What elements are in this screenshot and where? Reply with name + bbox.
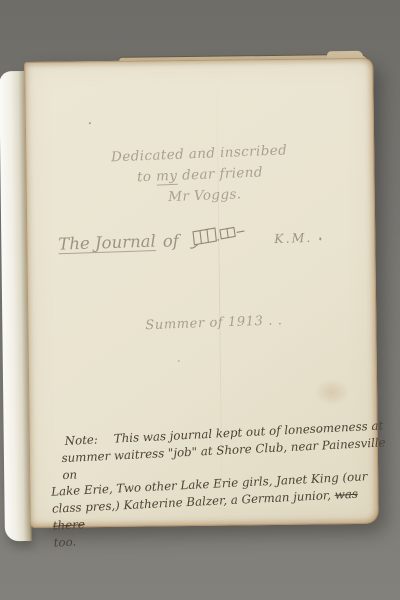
dedication-block: Dedicated and inscribed to my dear frien… xyxy=(24,137,375,214)
note-block: Note:This was journal kept out of loneso… xyxy=(48,417,393,551)
photograph-of-journal: Dedicated and inscribed to my dear frien… xyxy=(0,0,400,600)
dedication-line-2-post: dear friend xyxy=(182,164,263,183)
date-line: Summer of 1913 . . xyxy=(145,313,283,333)
foxing-spot xyxy=(178,360,180,362)
note-label: Note: xyxy=(64,432,98,448)
journal-title-line: The Journalof K.M. xyxy=(58,224,313,258)
journal-book: Dedicated and inscribed to my dear frien… xyxy=(0,58,379,537)
scratched-out-monogram-icon xyxy=(189,222,246,254)
foxing-spot xyxy=(319,237,321,240)
page-stain xyxy=(314,378,350,406)
dedication-line-2-pre: to xyxy=(137,169,152,186)
title-text-of: of xyxy=(162,231,179,251)
title-text-underlined: The Journal xyxy=(58,232,156,254)
author-initials: K.M. xyxy=(274,229,313,245)
foxing-spot xyxy=(89,122,91,124)
underlined-word: my xyxy=(156,168,178,186)
journal-page: Dedicated and inscribed to my dear frien… xyxy=(24,58,379,528)
